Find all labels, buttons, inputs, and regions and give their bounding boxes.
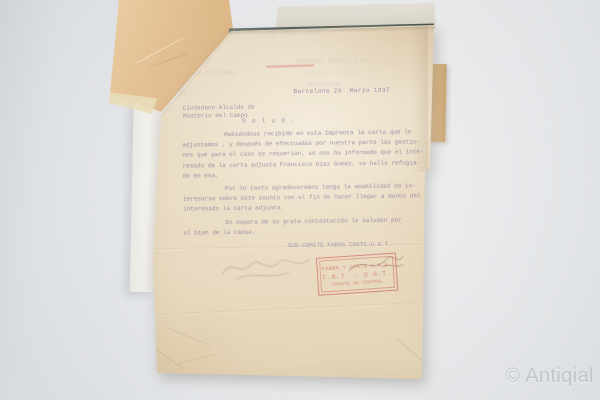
recipient-line: Ciudadano Alcalde de [183, 104, 255, 112]
letter-line: do en esa. [183, 168, 425, 182]
letter-sheet-wrapper: El Comité de Hilados del Camp Rbt. Mater… [148, 18, 448, 386]
letter-line: nes que para el caso se requerían, se no… [182, 148, 424, 162]
paper-edge-fold-band [412, 24, 428, 172]
stamp-line: FABRA Y COATS S.A.E. [321, 260, 391, 272]
dateline: Barcelona 24 Marzo 1937 [293, 87, 389, 95]
signature-org-line: SUB-COMITE FABRA COATS-U.G.T. [288, 241, 393, 249]
paper-crease [178, 353, 217, 364]
letter-line: Habiéndose recibido en esta Imprenta la … [182, 127, 424, 141]
handwritten-signature [217, 246, 318, 291]
antiqial-watermark: © Antiqial [468, 365, 594, 388]
corner-fold-crease [397, 339, 430, 367]
paper-crease [166, 327, 211, 346]
letter-line: adjuntamos , y después de efectuadas por… [182, 137, 424, 151]
paper-crease [152, 302, 426, 316]
letter-line: Por lo tanto agradeceremos tenga la amab… [183, 181, 425, 195]
red-pencil-mark [266, 64, 314, 68]
letter-line: interesado la carta adjunta. [183, 202, 425, 216]
faint-date-stamp: 24 MAR 1937 [268, 30, 322, 38]
faint-letterhead-line: Barcelona [308, 81, 341, 88]
faint-letterhead-line: El Comité [180, 43, 213, 50]
letter-sheet: El Comité de Hilados del Camp Rbt. Mater… [148, 18, 448, 386]
ink-scribble [345, 248, 407, 281]
letter-line: En espera de su grata contestación le sa… [183, 215, 425, 229]
faint-letterhead-line: Material Fabril S.A. [296, 57, 368, 65]
faint-letterhead-line: Hilados del Camp [176, 69, 234, 77]
stamp-line: COMITÉ DE CONTROL [332, 279, 383, 287]
stamp-line: C.N.T. - U.G.T. [322, 269, 391, 281]
paper-crease [159, 28, 235, 117]
faint-letterhead-line: U.G.T. - C.N.T. [304, 69, 358, 77]
salutation: S a l u d . [242, 117, 296, 125]
typed-text-layer: El Comité de Hilados del Camp Rbt. Mater… [146, 16, 451, 388]
paper-crease [152, 244, 424, 251]
faint-letterhead-line: Rbt. [176, 89, 191, 96]
letter-line: teresarse sobre este asunto con el fin d… [183, 191, 425, 205]
letter-line: el bien de la causa. [183, 225, 425, 239]
red-rubber-stamp: FABRA Y COATS S.A.E. C.N.T. - U.G.T. COM… [316, 253, 398, 296]
letter-body: Habiéndose recibido en esta Imprenta la … [182, 127, 425, 238]
letter-line: resado de la carta adjunta Francisco Día… [182, 158, 424, 172]
recipient-line: Montbrio del Campo [183, 112, 248, 120]
product-photo: El Comité de Hilados del Camp Rbt. Mater… [0, 0, 600, 400]
faint-letterhead-line: de [190, 56, 197, 63]
paper-edge-shadow [228, 26, 434, 35]
corner-fold-crease [153, 347, 185, 370]
